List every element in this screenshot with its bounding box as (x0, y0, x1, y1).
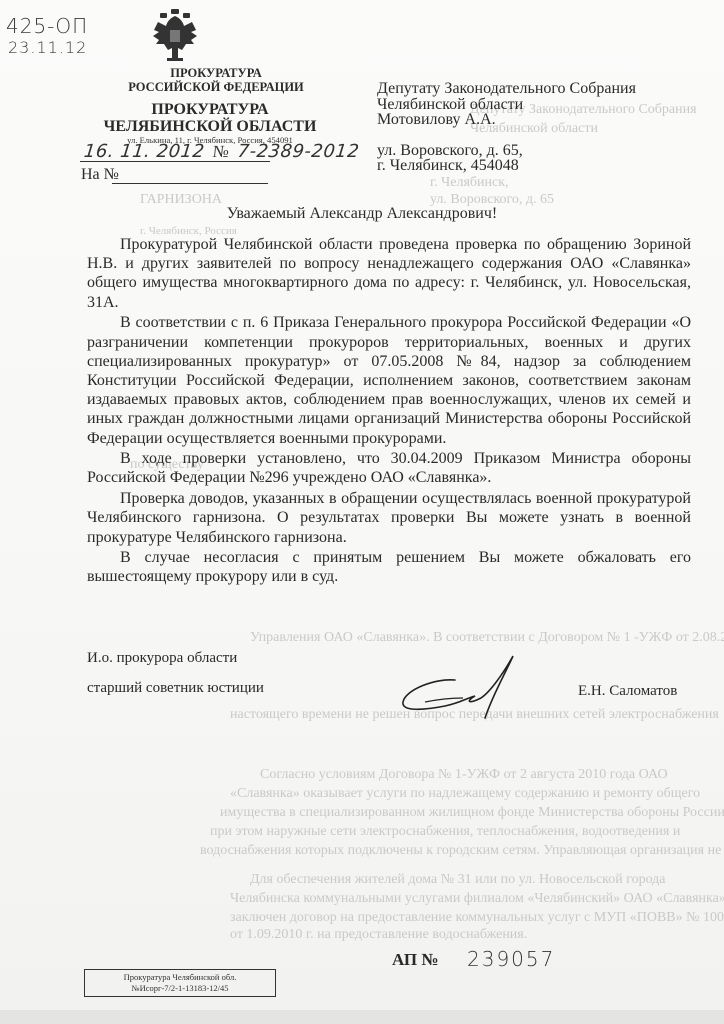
outgoing-number: 7-2389-2012 (237, 141, 361, 162)
show-through-text: Для обеспечения жителей дома № 31 или по… (250, 870, 666, 889)
show-through-text: Согласно условиям Договора № 1-УЖФ от 2 … (260, 765, 668, 784)
letterhead-org-top: ПРОКУРАТУРА РОССИЙСКОЙ ФЕДЕРАЦИИ (80, 66, 352, 94)
registry-stamp-number: №Исорг-7/2-1-13183-12/45 (85, 983, 275, 994)
addressee-title: Депутату Законодательного Собрания (377, 81, 636, 97)
form-number-value: 239057 (467, 947, 555, 971)
show-through-text: Челябинска коммунальными услугами филиал… (230, 889, 724, 908)
letterhead-line-2: РОССИЙСКОЙ ФЕДЕРАЦИИ (80, 80, 352, 94)
show-through-text: имущества в специализированном жилищном … (220, 803, 724, 822)
body-paragraph: В соответствии с п. 6 Приказа Генерально… (87, 313, 691, 447)
addressee-block: Депутату Законодательного Собрания Челяб… (377, 81, 636, 174)
letterhead-org-regional: ПРОКУРАТУРА ЧЕЛЯБИНСКОЙ ОБЛАСТИ (74, 101, 346, 135)
reference-number-underline (112, 183, 268, 184)
form-number-label: АП № (392, 950, 438, 970)
body-paragraph: В случае несогласия с принятым решением … (87, 548, 691, 586)
scan-bottom-edge (0, 1010, 724, 1024)
russian-coat-of-arms-icon (150, 8, 200, 62)
addressee-name: Мотовилову А.А. (377, 112, 636, 128)
body-paragraph: В ходе проверки установлено, что 30.04.2… (87, 449, 691, 487)
body-paragraph: Прокуратурой Челябинской области проведе… (87, 235, 691, 312)
outgoing-date-number: 16. 11. 2012 № 7-2389-2012 (83, 141, 360, 162)
body-paragraph: Проверка доводов, указанных в обращении … (87, 489, 691, 547)
handwritten-registration-date: 23.11.12 (8, 38, 87, 57)
addressee-city: г. Челябинск, 454048 (377, 158, 636, 174)
show-through-text: «Славянка» оказывает услуги по надлежаще… (230, 784, 700, 803)
addressee-region: Челябинской области (377, 97, 636, 113)
letterhead-line-3: ПРОКУРАТУРА (74, 101, 346, 118)
show-through-text: водоснабжения которых подключены к город… (200, 841, 721, 860)
handwritten-registration-number: 425-ОП (6, 14, 88, 38)
number-sign: № (212, 142, 231, 161)
show-through-text: от 1.09.2010 г. на предоставление водосн… (230, 925, 527, 944)
handwritten-signature-icon (395, 650, 525, 720)
addressee-street: ул. Воровского, д. 65, (377, 143, 636, 159)
show-through-text: при этом наружные сети электроснабжения,… (210, 822, 680, 841)
registry-stamp-org: Прокуратура Челябинской обл. (85, 972, 275, 983)
salutation: Уважаемый Александр Александрович! (0, 205, 724, 223)
signatory-position: И.о. прокурора области (87, 650, 237, 667)
outgoing-date: 16. 11. 2012 (83, 141, 206, 162)
signatory-name: Е.Н. Саломатов (578, 683, 677, 700)
reference-number-label: На № (81, 166, 119, 184)
signatory-rank: старший советник юстиции (87, 680, 264, 697)
letter-body: Прокуратурой Челябинской области проведе… (87, 235, 691, 588)
letterhead-line-1: ПРОКУРАТУРА (80, 66, 352, 80)
letterhead-line-4: ЧЕЛЯБИНСКОЙ ОБЛАСТИ (74, 118, 346, 135)
registry-stamp: Прокуратура Челябинской обл. №Исорг-7/2-… (84, 969, 276, 997)
outgoing-number-underline (80, 161, 270, 162)
show-through-text: Управления ОАО «Славянка». В соответстви… (250, 628, 724, 647)
